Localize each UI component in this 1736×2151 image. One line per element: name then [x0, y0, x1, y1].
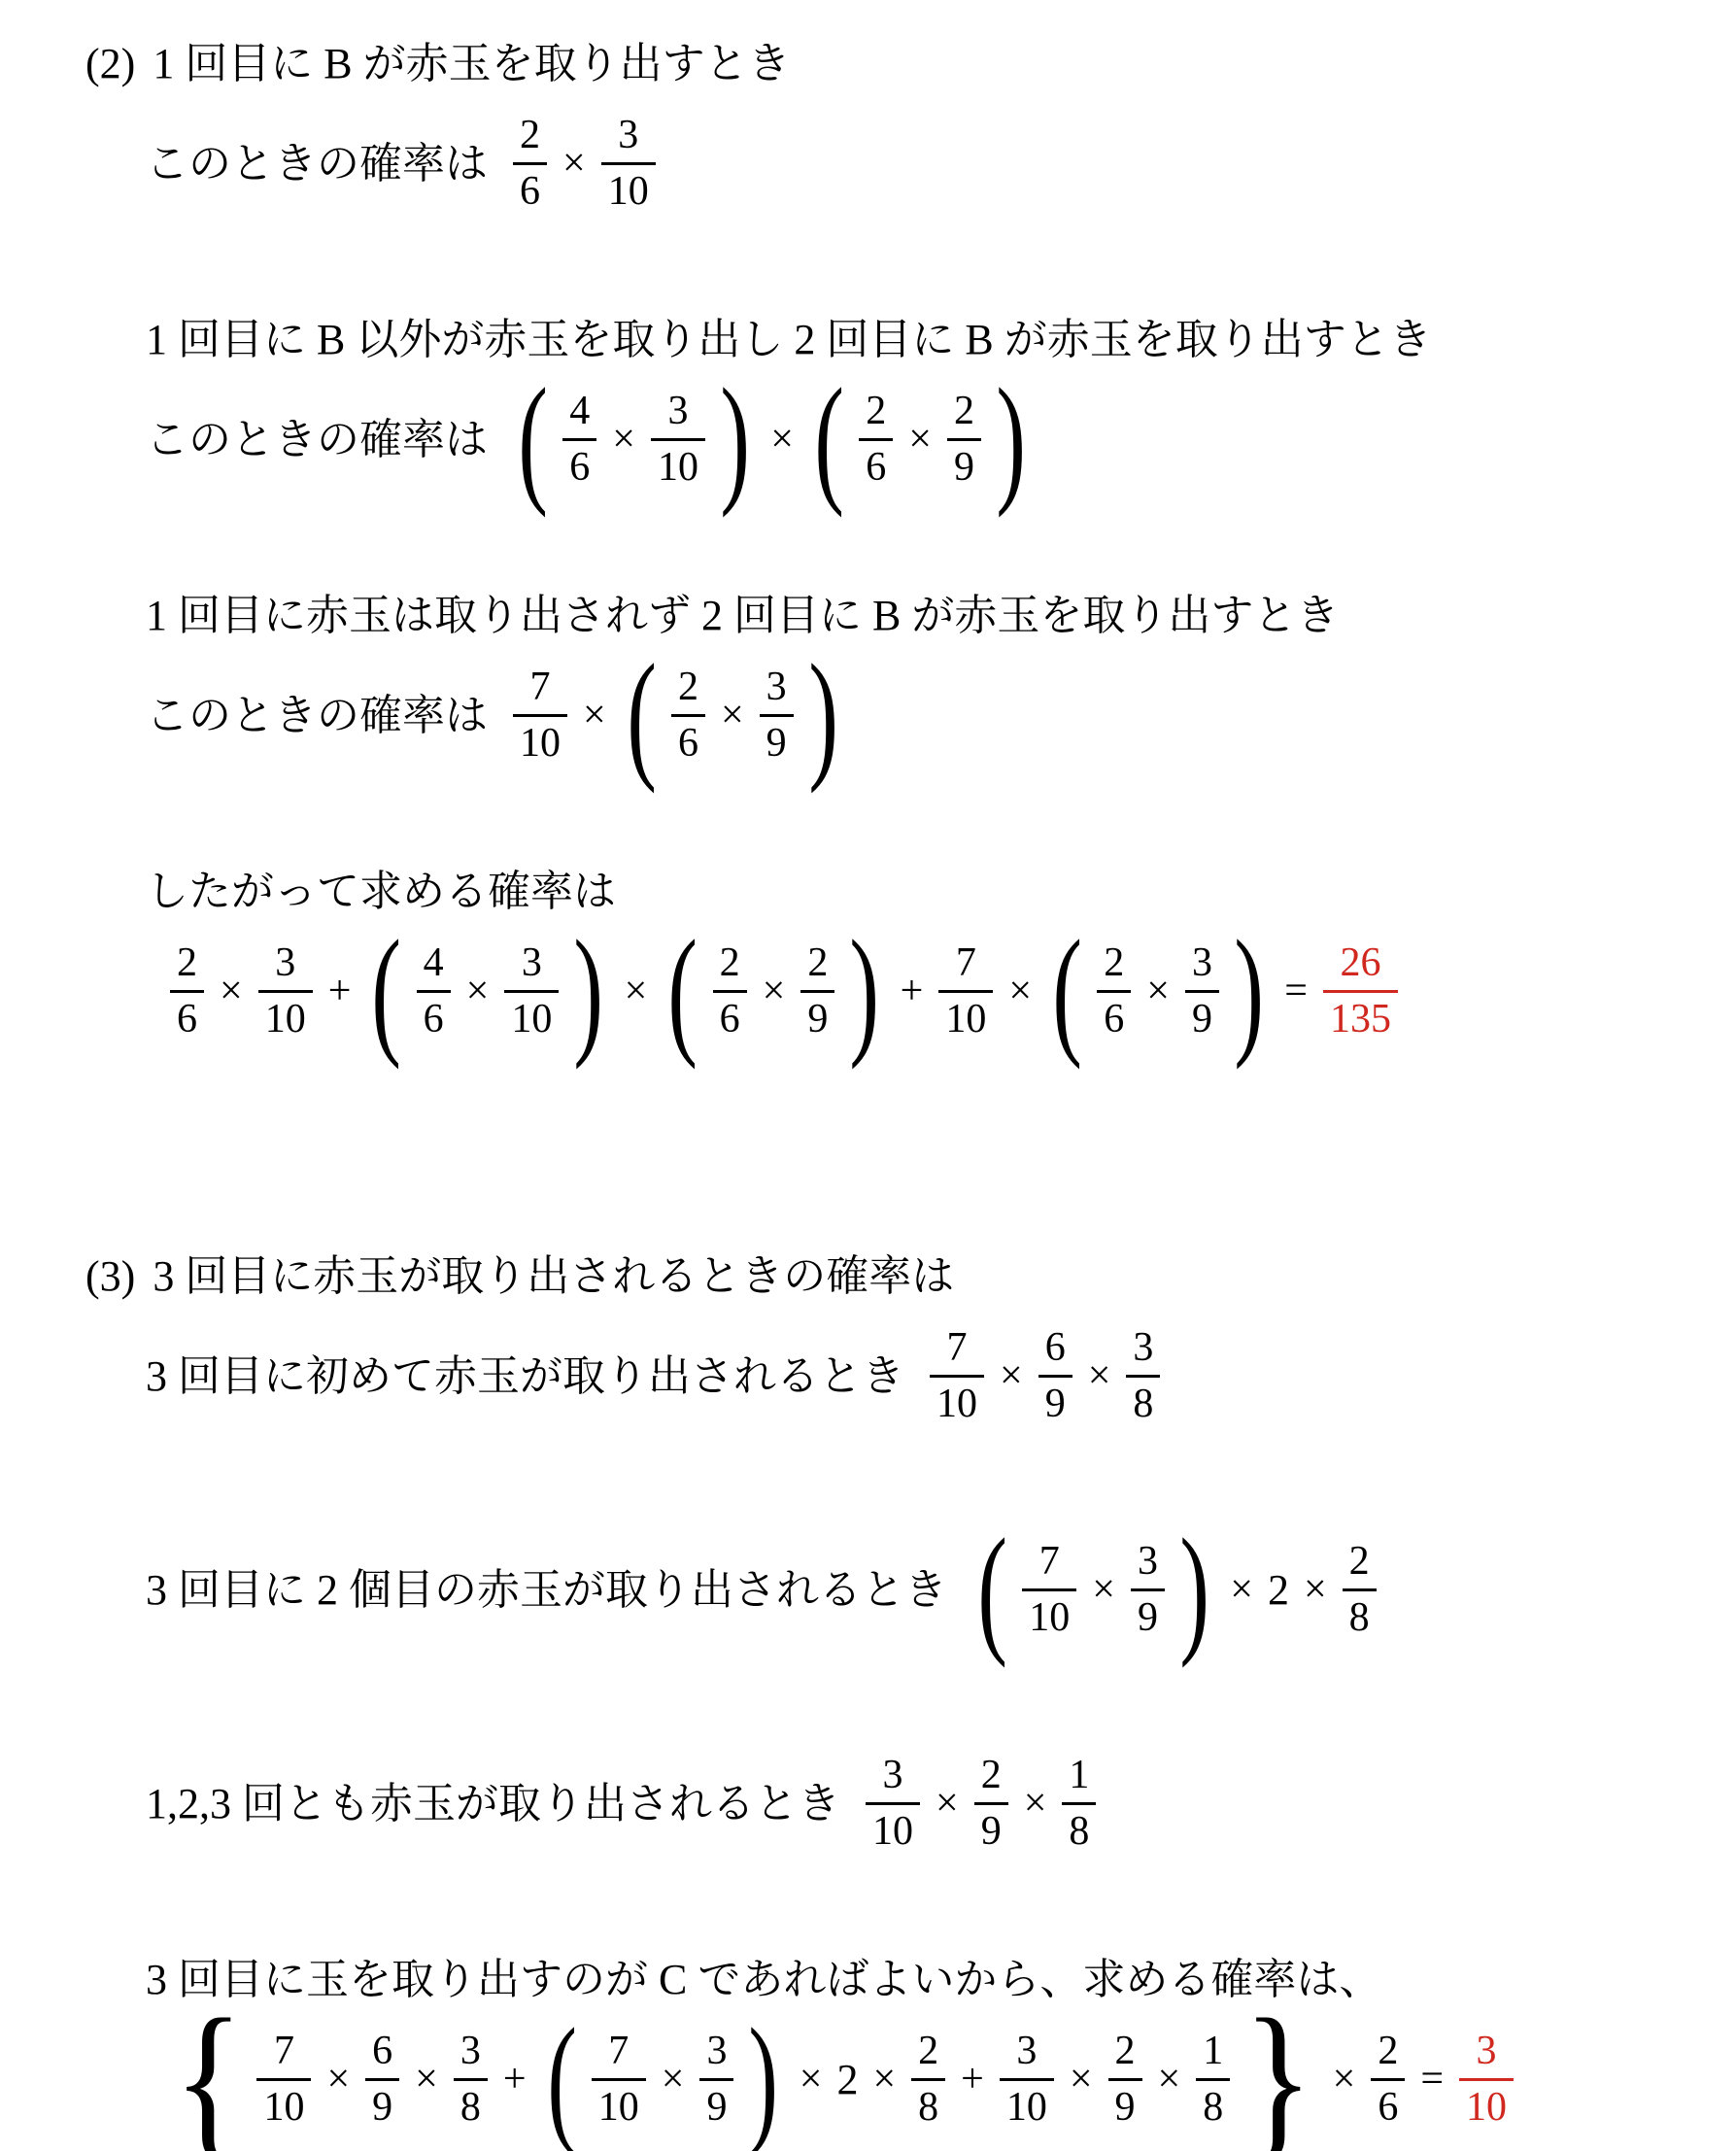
- line-text: 1 回目に B が赤玉を取り出すとき: [153, 37, 790, 90]
- item-label: (2): [85, 37, 135, 90]
- formula-line: 3 回目に 2 個目の赤玉が取り出されるとき (710×39)×2×28: [0, 1523, 1736, 1656]
- fraction: 69: [1038, 1326, 1072, 1424]
- line-text: 1 回目に B 以外が赤玉を取り出し 2 回目に B が赤玉を取り出すとき: [146, 313, 1432, 366]
- multiply-operator: ×: [908, 414, 932, 465]
- multiply-operator: ×: [1158, 2054, 1181, 2105]
- numerator: 2: [513, 114, 547, 161]
- plus-operator: +: [961, 2054, 984, 2105]
- math-solution-document: (2)1 回目に B が赤玉を取り出すときこのときの確率は 26×3101 回目…: [0, 0, 1736, 2145]
- denominator: 10: [513, 714, 567, 765]
- item-label: (3): [85, 1249, 135, 1303]
- denominator: 9: [760, 714, 794, 765]
- text-line: (3)3 回目に赤玉が取り出されるときの確率は: [0, 1247, 1736, 1304]
- denominator: 6: [170, 990, 204, 1041]
- denominator: 8: [454, 2078, 488, 2129]
- numerator: 1: [1196, 2030, 1230, 2077]
- fraction: 46: [417, 941, 451, 1040]
- denominator: 8: [911, 2078, 945, 2129]
- denominator: 135: [1323, 990, 1398, 1041]
- line-text: このときの確率は: [146, 413, 498, 466]
- numerator: 3: [1000, 2030, 1054, 2077]
- equals-operator: =: [1284, 966, 1308, 1017]
- numerator: 6: [1038, 1326, 1072, 1374]
- plus-operator: +: [503, 2054, 527, 2105]
- multiply-operator: ×: [662, 2054, 685, 2105]
- denominator: 6: [859, 438, 893, 489]
- multiply-operator: ×: [1230, 1564, 1253, 1616]
- denominator: 10: [651, 438, 705, 489]
- line-text: 3 回目に初めて赤玉が取り出されるとき: [146, 1349, 915, 1403]
- numerator: 7: [1022, 1540, 1076, 1588]
- numerator: 3: [1459, 2030, 1514, 2077]
- fraction: 39: [760, 666, 794, 764]
- fraction: 310: [651, 390, 705, 488]
- denominator: 6: [1371, 2078, 1405, 2129]
- denominator: 9: [365, 2078, 399, 2129]
- numerator: 3: [1185, 941, 1219, 989]
- denominator: 6: [562, 438, 596, 489]
- numerator: 2: [1108, 2030, 1142, 2077]
- multiply-operator: ×: [1088, 1350, 1111, 1402]
- numerator: 3: [760, 666, 794, 713]
- paragraph: (3)3 回目に赤玉が取り出されるときの確率は3 回目に初めて赤玉が取り出される…: [0, 1247, 1736, 1442]
- denominator: 10: [1459, 2078, 1514, 2129]
- fraction: 26: [1371, 2030, 1405, 2128]
- fraction: 28: [1343, 1540, 1377, 1638]
- numerator: 3: [1131, 1540, 1165, 1588]
- numerator: 1: [1062, 1754, 1096, 1801]
- denominator: 9: [1185, 990, 1219, 1041]
- fraction: 29: [800, 941, 834, 1040]
- denominator: 9: [800, 990, 834, 1041]
- formula-line: 1,2,3 回とも赤玉が取り出されるとき 310×29×18: [0, 1737, 1736, 1869]
- numerator: 3: [1126, 1326, 1160, 1374]
- formula-line: このときの確率は 710×(26×39): [0, 649, 1736, 781]
- formula-line: 3 回目に初めて赤玉が取り出されるとき 710×69×38: [0, 1310, 1736, 1442]
- line-text: このときの確率は: [146, 137, 498, 190]
- numerator: 7: [930, 1326, 984, 1374]
- denominator: 10: [592, 2078, 646, 2129]
- multiply-operator: ×: [1008, 966, 1032, 1017]
- fraction: 26: [859, 390, 893, 488]
- denominator: 10: [1000, 2078, 1054, 2129]
- denominator: 6: [513, 162, 547, 213]
- multiply-operator: ×: [872, 2054, 896, 2105]
- multiply-operator: ×: [1333, 2054, 1356, 2105]
- fraction: 310: [1000, 2030, 1054, 2128]
- denominator: 9: [947, 438, 981, 489]
- fraction: 18: [1062, 1754, 1096, 1852]
- fraction: 710: [256, 2030, 311, 2128]
- numerator: 2: [974, 1754, 1008, 1801]
- line-text: このときの確率は: [146, 689, 498, 742]
- fraction: 26: [713, 941, 747, 1040]
- formula-line: 26×310+(46×310)×(26×29)+710×(26×39)=2613…: [0, 925, 1736, 1057]
- numerator: 7: [256, 2030, 311, 2077]
- denominator: 9: [1131, 1588, 1165, 1639]
- multiply-operator: ×: [625, 966, 648, 1017]
- numerator: 2: [1097, 941, 1131, 989]
- plus-operator: +: [328, 966, 352, 1017]
- denominator: 6: [671, 714, 705, 765]
- numerator: 3: [504, 941, 559, 989]
- line-text: 3 回目に 2 個目の赤玉が取り出されるとき: [146, 1563, 958, 1617]
- multiply-operator: ×: [466, 966, 490, 1017]
- numerator: 3: [699, 2030, 733, 2077]
- paragraph: 3 回目に玉を取り出すのが C であればよいから、求める確率は、{710×69×…: [0, 1951, 1736, 2145]
- numerator: 3: [651, 390, 705, 437]
- multiply-operator: ×: [583, 690, 606, 741]
- numerator: 26: [1323, 941, 1398, 989]
- multiply-operator: ×: [1000, 1350, 1023, 1402]
- multiply-operator: ×: [1070, 2054, 1093, 2105]
- text-line: (2)1 回目に B が赤玉を取り出すとき: [0, 35, 1736, 91]
- numerator: 2: [1343, 1540, 1377, 1588]
- formula-line: このときの確率は (46×310)×(26×29): [0, 373, 1736, 505]
- numerator: 2: [1371, 2030, 1405, 2077]
- numerator: 2: [170, 941, 204, 989]
- numerator: 3: [258, 941, 313, 989]
- multiply-operator: ×: [770, 414, 794, 465]
- line-text: 3 回目に玉を取り出すのが C であればよいから、求める確率は、: [146, 1953, 1381, 2006]
- multiply-operator: ×: [763, 966, 786, 1017]
- result-fraction: 310: [1459, 2030, 1514, 2128]
- denominator: 10: [930, 1375, 984, 1425]
- multiply-operator: ×: [220, 966, 243, 1017]
- numerator: 7: [938, 941, 993, 989]
- denominator: 10: [601, 162, 656, 213]
- fraction: 310: [504, 941, 559, 1040]
- line-text: 3 回目に赤玉が取り出されるときの確率は: [153, 1249, 954, 1303]
- denominator: 10: [258, 990, 313, 1041]
- numerator: 2: [713, 941, 747, 989]
- line-text: したがって求める確率は: [146, 865, 616, 918]
- fraction: 710: [930, 1326, 984, 1424]
- section: (3)3 回目に赤玉が取り出されるときの確率は3 回目に初めて赤玉が取り出される…: [0, 1247, 1736, 2145]
- multiply-operator: ×: [326, 2054, 350, 2105]
- fraction: 46: [562, 390, 596, 488]
- denominator: 10: [866, 1802, 920, 1853]
- multiply-operator: ×: [1146, 966, 1170, 1017]
- denominator: 9: [974, 1802, 1008, 1853]
- fraction: 69: [365, 2030, 399, 2128]
- paragraph: 1 回目に B 以外が赤玉を取り出し 2 回目に B が赤玉を取り出すときこのと…: [0, 311, 1736, 505]
- denominator: 8: [1126, 1375, 1160, 1425]
- plus-operator: +: [901, 966, 924, 1017]
- fraction: 26: [170, 941, 204, 1040]
- multiply-operator: ×: [415, 2054, 438, 2105]
- multiply-operator: ×: [562, 138, 586, 189]
- denominator: 9: [699, 2078, 733, 2129]
- numerator: 4: [562, 390, 596, 437]
- denominator: 6: [713, 990, 747, 1041]
- denominator: 6: [1097, 990, 1131, 1041]
- fraction: 38: [1126, 1326, 1160, 1424]
- numerator: 2: [800, 941, 834, 989]
- fraction: 39: [699, 2030, 733, 2128]
- paragraph: 1,2,3 回とも赤玉が取り出されるとき 310×29×18: [0, 1737, 1736, 1869]
- denominator: 10: [1022, 1588, 1076, 1639]
- paragraph: (2)1 回目に B が赤玉を取り出すときこのときの確率は 26×310: [0, 35, 1736, 229]
- numerator: 7: [513, 666, 567, 713]
- fraction: 310: [866, 1754, 920, 1852]
- denominator: 8: [1196, 2078, 1230, 2129]
- fraction: 710: [1022, 1540, 1076, 1638]
- fraction: 28: [911, 2030, 945, 2128]
- fraction: 710: [513, 666, 567, 764]
- fraction: 39: [1131, 1540, 1165, 1638]
- denominator: 10: [504, 990, 559, 1041]
- line-text: 1 回目に赤玉は取り出されず 2 回目に B が赤玉を取り出すとき: [146, 589, 1339, 642]
- numerator: 4: [417, 941, 451, 989]
- multiply-operator: ×: [612, 414, 635, 465]
- multiply-operator: ×: [1092, 1564, 1115, 1616]
- formula-line: このときの確率は 26×310: [0, 97, 1736, 229]
- paragraph: 1 回目に赤玉は取り出されず 2 回目に B が赤玉を取り出すときこのときの確率…: [0, 587, 1736, 781]
- fraction: 710: [592, 2030, 646, 2128]
- denominator: 8: [1062, 1802, 1096, 1853]
- numerator: 2: [947, 390, 981, 437]
- numerator: 2: [671, 666, 705, 713]
- fraction: 18: [1196, 2030, 1230, 2128]
- fraction: 29: [947, 390, 981, 488]
- integer-literal: 2: [1268, 1563, 1289, 1617]
- denominator: 9: [1108, 2078, 1142, 2129]
- denominator: 9: [1038, 1375, 1072, 1425]
- denominator: 8: [1343, 1588, 1377, 1639]
- numerator: 2: [859, 390, 893, 437]
- fraction: 26: [671, 666, 705, 764]
- fraction: 26: [513, 114, 547, 212]
- multiply-operator: ×: [1304, 1564, 1327, 1616]
- numerator: 3: [454, 2030, 488, 2077]
- numerator: 3: [601, 114, 656, 161]
- fraction: 26: [1097, 941, 1131, 1040]
- result-fraction: 26135: [1323, 941, 1398, 1040]
- multiply-operator: ×: [721, 690, 744, 741]
- numerator: 2: [911, 2030, 945, 2077]
- text-line: 1 回目に B 以外が赤玉を取り出し 2 回目に B が赤玉を取り出すとき: [0, 311, 1736, 367]
- multiply-operator: ×: [936, 1778, 959, 1829]
- numerator: 6: [365, 2030, 399, 2077]
- denominator: 6: [417, 990, 451, 1041]
- line-text: 1,2,3 回とも赤玉が取り出されるとき: [146, 1777, 851, 1830]
- paragraph: したがって求める確率は26×310+(46×310)×(26×29)+710×(…: [0, 863, 1736, 1057]
- equals-operator: =: [1420, 2054, 1444, 2105]
- fraction: 29: [974, 1754, 1008, 1852]
- fraction: 310: [258, 941, 313, 1040]
- denominator: 10: [256, 2078, 311, 2129]
- multiply-operator: ×: [800, 2054, 823, 2105]
- paragraph: 3 回目に 2 個目の赤玉が取り出されるとき (710×39)×2×28: [0, 1523, 1736, 1656]
- denominator: 10: [938, 990, 993, 1041]
- section: (2)1 回目に B が赤玉を取り出すときこのときの確率は 26×3101 回目…: [0, 35, 1736, 1057]
- multiply-operator: ×: [1024, 1778, 1047, 1829]
- text-line: 3 回目に玉を取り出すのが C であればよいから、求める確率は、: [0, 1951, 1736, 2007]
- fraction: 39: [1185, 941, 1219, 1040]
- fraction: 29: [1108, 2030, 1142, 2128]
- fraction: 38: [454, 2030, 488, 2128]
- fraction: 710: [938, 941, 993, 1040]
- formula-line: {710×69×38+(710×39)×2×28+310×29×18}×26=3…: [0, 2013, 1736, 2145]
- integer-literal: 2: [836, 2053, 858, 2106]
- numerator: 3: [866, 1754, 920, 1801]
- numerator: 7: [592, 2030, 646, 2077]
- fraction: 310: [601, 114, 656, 212]
- text-line: 1 回目に赤玉は取り出されず 2 回目に B が赤玉を取り出すとき: [0, 587, 1736, 643]
